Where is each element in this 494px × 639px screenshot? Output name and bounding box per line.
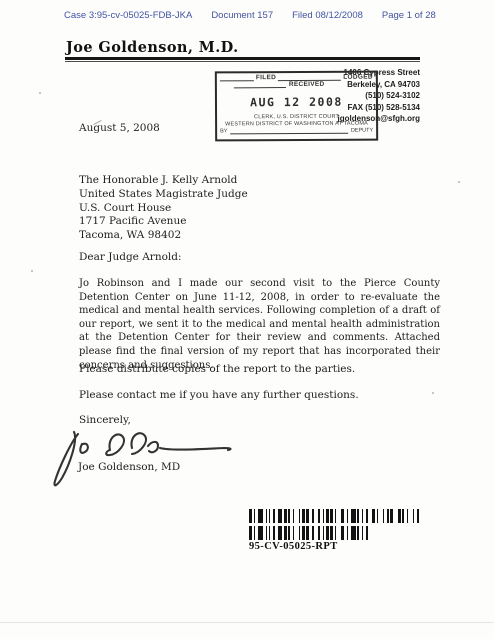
stamp-blank-line [230, 128, 347, 135]
stamp-by-deputy-row: BY DEPUTY [220, 128, 373, 135]
body-paragraph-2: Please distribute copies of the report t… [79, 363, 355, 375]
stamp-received-label: RECEIVED [286, 81, 325, 88]
stamp-deputy-label: DEPUTY [351, 128, 373, 134]
recipient-line: United States Magistrate Judge [79, 188, 248, 202]
body-paragraph-3: Please contact me if you have any furthe… [79, 389, 359, 401]
letterhead-name: Joe Goldenson, M.D. [66, 39, 239, 56]
letterhead-rule [65, 57, 420, 62]
court-filing-header: Case 3:95-cv-05025-FDB-JKA Document 157 … [64, 10, 454, 21]
salutation: Dear Judge Arnold: [79, 251, 182, 263]
page-bottom-edge [0, 622, 494, 623]
scan-speck [458, 181, 460, 183]
page-count: Page 1 of 28 [382, 10, 436, 21]
court-received-stamp: FILED LODGED RECEIVED AUG 12 2008 CLERK,… [215, 71, 378, 142]
recipient-line: The Honorable J. Kelly Arnold [79, 174, 248, 188]
stamp-received-row: RECEIVED [220, 81, 373, 89]
stamp-by-label: BY [220, 128, 227, 134]
recipient-line: Tacoma, WA 98402 [79, 229, 248, 243]
typed-signer-name: Joe Goldenson, MD [78, 461, 180, 473]
recipient-line: 1717 Pacific Avenue [79, 215, 248, 229]
scan-speck [31, 270, 33, 272]
letter-date: August 5, 2008 [79, 122, 160, 134]
stamp-date: AUG 12 2008 [220, 95, 373, 110]
barcode-row-1 [249, 509, 441, 523]
stamp-district-line: WESTERN DISTRICT OF WASHINGTON AT TACOMA [220, 120, 373, 127]
filed-date: Filed 08/12/2008 [292, 10, 363, 21]
barcode-row-2 [249, 526, 397, 540]
scanned-letter-page: { "court_header": { "case": "Case 3:95-c… [0, 0, 494, 639]
recipient-address-block: The Honorable J. Kelly Arnold United Sta… [79, 174, 248, 243]
body-paragraph-1: Jo Robinson and I made our second visit … [79, 277, 440, 372]
signature-scrawl [52, 424, 242, 490]
document-number: Document 157 [211, 10, 273, 21]
handwritten-signature [52, 424, 242, 494]
stamp-blank-line [234, 82, 286, 88]
case-number: Case 3:95-cv-05025-FDB-JKA [64, 10, 192, 21]
scan-speck [39, 92, 41, 94]
scan-speck [432, 392, 434, 394]
barcode-label: 95-CV-05025-RPT [249, 541, 338, 552]
recipient-line: U.S. Court House [79, 202, 248, 216]
